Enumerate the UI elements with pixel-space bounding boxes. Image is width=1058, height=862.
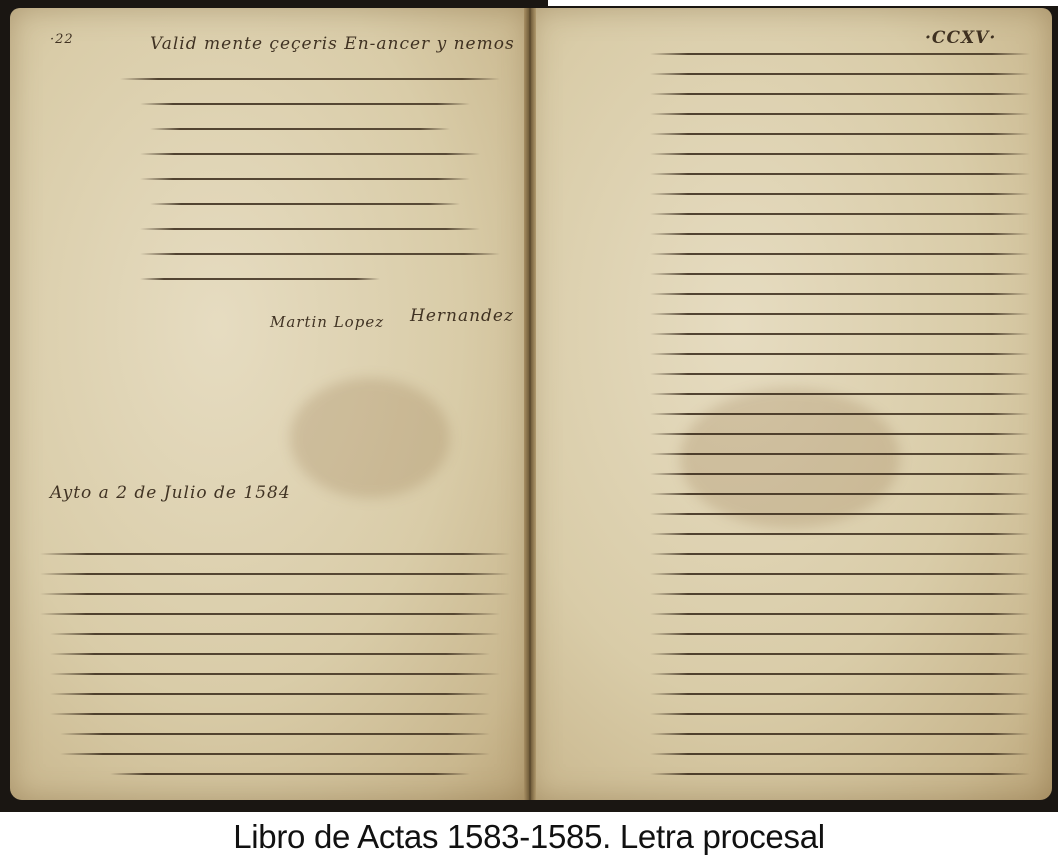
left-page: ·22 Valid mente çeçeris En-ancer y nemos… bbox=[10, 8, 530, 800]
first-line-text: Valid mente çeçeris En-ancer y nemos bbox=[150, 34, 515, 54]
folio-mark: ·22 bbox=[50, 32, 74, 47]
book-spine bbox=[524, 8, 536, 800]
folio-number: ·CCXV· bbox=[925, 28, 996, 48]
date-heading: Ayto a 2 de Julio de 1584 bbox=[50, 483, 291, 503]
signature-1: Martin Lopez bbox=[270, 313, 384, 331]
manuscript-photo: ·22 Valid mente çeçeris En-ancer y nemos… bbox=[0, 0, 1058, 812]
top-edge bbox=[548, 0, 1058, 6]
caption: Libro de Actas 1583-1585. Letra procesal bbox=[0, 812, 1058, 862]
signature-2: Hernandez bbox=[410, 306, 514, 326]
right-page: ·CCXV· bbox=[530, 8, 1052, 800]
